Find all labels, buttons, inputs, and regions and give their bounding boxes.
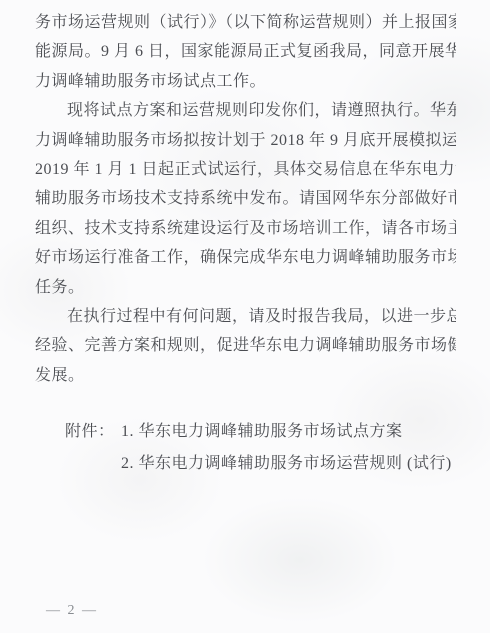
text-line: 力调峰辅助服务市场拟按计划于 2018 年 9 月底开展模拟运行，: [35, 126, 456, 155]
attachment-indent-spacer: [65, 448, 121, 480]
text-line: 2019 年 1 月 1 日起正式试运行，具体交易信息在华东电力调峰: [35, 155, 456, 184]
text-line: 好市场运行准备工作，确保完成华东电力调峰辅助服务市场试点: [35, 243, 456, 272]
text-line: 现将试点方案和运营规则印发你们，请遵照执行。华东电: [35, 96, 456, 125]
text-line: 力调峰辅助服务市场试点工作。: [35, 67, 456, 96]
text-line: 任务。: [35, 273, 456, 302]
text-line: 务市场运营规则（试行）》（以下简称运营规则）并上报国家: [35, 8, 456, 37]
attachment-label: 附件：: [65, 416, 121, 448]
attachment-item-text: 1. 华东电力调峰辅助服务市场试点方案: [121, 416, 403, 448]
text-line: 辅助服务市场技术支持系统中发布。请国网华东分部做好市场: [35, 184, 456, 213]
text-line: 经验、完善方案和规则，促进华东电力调峰辅助服务市场健康: [35, 331, 456, 360]
attachment-list: 附件： 1. 华东电力调峰辅助服务市场试点方案 2. 华东电力调峰辅助服务市场运…: [65, 416, 456, 480]
document-body: 务市场运营规则（试行）》（以下简称运营规则）并上报国家 能源局。9 月 6 日，…: [35, 8, 456, 480]
attachment-item-text: 2. 华东电力调峰辅助服务市场运营规则 (试行): [121, 448, 452, 480]
text-line: 能源局。9 月 6 日，国家能源局正式复函我局，同意开展华东电: [35, 37, 456, 66]
text-line: 组织、技术支持系统建设运行及市场培训工作，请各市场主体做: [35, 214, 456, 243]
page-number: — 2 —: [46, 603, 98, 619]
text-line: 在执行过程中有何问题，请及时报告我局，以进一步总结: [35, 302, 456, 331]
text-line: 发展。: [35, 361, 456, 390]
attachment-item: 2. 华东电力调峰辅助服务市场运营规则 (试行): [65, 448, 456, 480]
document-page: 务市场运营规则（试行）》（以下简称运营规则）并上报国家 能源局。9 月 6 日，…: [0, 0, 490, 633]
attachment-item: 附件： 1. 华东电力调峰辅助服务市场试点方案: [65, 416, 456, 448]
